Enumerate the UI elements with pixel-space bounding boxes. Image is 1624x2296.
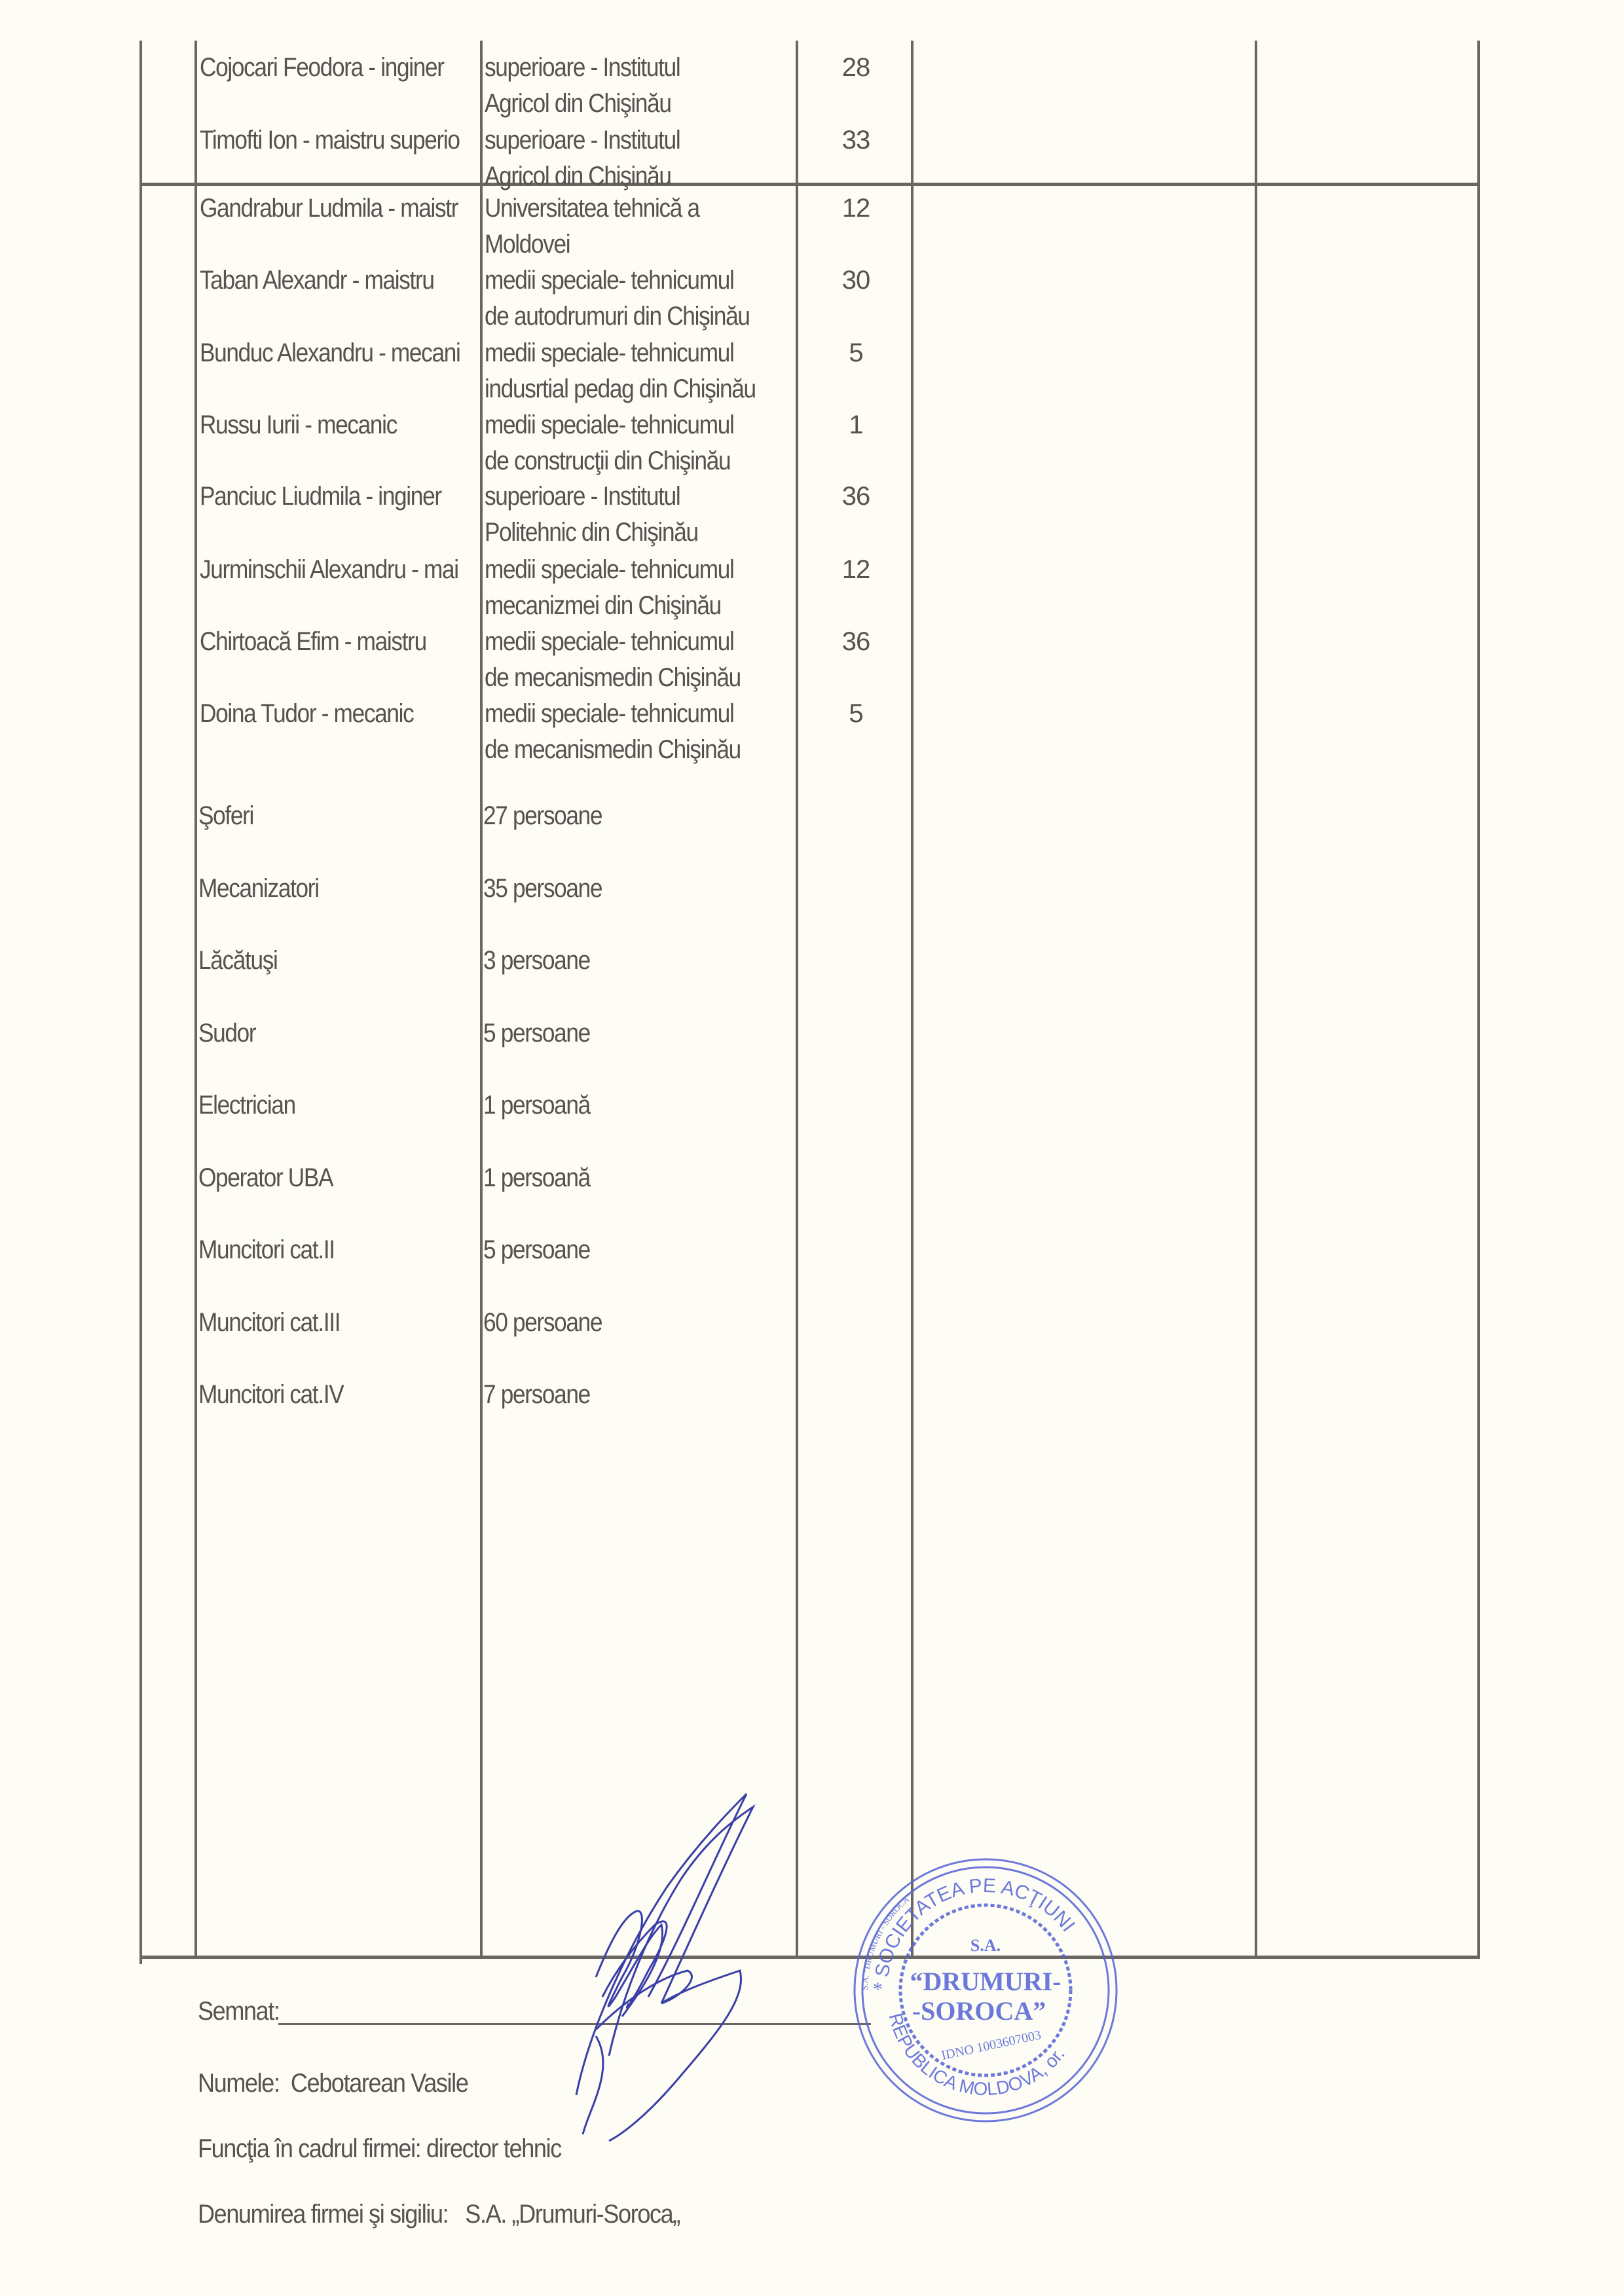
function-label: Funcţia în cadrul firmei: bbox=[198, 2134, 420, 2163]
worker-role: Şoferi bbox=[198, 797, 253, 834]
worker-role: Lăcătuşi bbox=[198, 942, 278, 979]
function-value: director tehnic bbox=[426, 2134, 561, 2163]
specialist-education: mecanizmei din Chişinău bbox=[485, 587, 721, 624]
specialist-experience: 30 bbox=[798, 262, 913, 299]
specialist-experience: 28 bbox=[798, 49, 913, 86]
column-divider-3 bbox=[796, 41, 798, 1958]
specialist-experience: 12 bbox=[798, 551, 913, 588]
function-row: Funcţia în cadrul firmei: director tehni… bbox=[198, 2134, 561, 2164]
column-divider-1 bbox=[194, 41, 197, 1958]
specialist-name: Timofti Ion - maistru superio bbox=[200, 122, 460, 158]
specialist-education: medii speciale- tehnicumul bbox=[485, 335, 733, 371]
stamp-center-line2: -SOROCA” bbox=[912, 1996, 1046, 2026]
handwritten-signature bbox=[550, 1781, 838, 2160]
signed-label: Semnat: bbox=[198, 1997, 280, 2026]
specialist-name: Gandrabur Ludmila - maistr bbox=[200, 190, 458, 227]
specialist-education: superioare - Institutul bbox=[485, 122, 680, 158]
worker-count: 5 persoane bbox=[483, 1015, 590, 1051]
specialist-education: de mecanismedin Chişinău bbox=[485, 659, 741, 696]
specialist-name: Bunduc Alexandru - mecani bbox=[200, 335, 460, 371]
stamp-center-line1: “DRUMURI- bbox=[910, 1967, 1061, 1996]
worker-role: Operator UBA bbox=[198, 1159, 333, 1196]
worker-count: 5 persoane bbox=[483, 1231, 590, 1268]
worker-role: Muncitori cat.II bbox=[198, 1231, 335, 1268]
specialist-education: Moldovei bbox=[485, 226, 570, 263]
specialist-experience: 5 bbox=[798, 335, 913, 371]
specialist-experience: 33 bbox=[798, 122, 913, 158]
worker-count: 27 persoane bbox=[483, 797, 602, 834]
specialist-education: superioare - Institutul bbox=[485, 49, 680, 86]
specialist-education: superioare - Institutul bbox=[485, 478, 680, 515]
name-row: Numele: Cebotarean Vasile bbox=[198, 2069, 468, 2098]
specialist-education: Politehnic din Chişinău bbox=[485, 514, 698, 551]
worker-count: 1 persoană bbox=[483, 1087, 590, 1123]
specialist-education: de construcţii din Chişinău bbox=[485, 443, 730, 479]
column-divider-2 bbox=[480, 41, 483, 1958]
stamp-star-icon: * bbox=[873, 1978, 883, 2000]
stamp-outer-text: SOCIETATEA PE ACŢIUNI bbox=[871, 1875, 1079, 1979]
name-label: Numele: bbox=[198, 2069, 280, 2098]
worker-count: 1 persoană bbox=[483, 1159, 590, 1196]
row-divider bbox=[139, 183, 1480, 186]
specialist-education: medii speciale- tehnicumul bbox=[485, 695, 733, 732]
specialist-name: Doina Tudor - mecanic bbox=[200, 695, 413, 732]
specialist-education: medii speciale- tehnicumul bbox=[485, 262, 733, 299]
specialist-education: Agricol din Chişinău bbox=[485, 85, 671, 122]
specialist-education: indusrtial pedag din Chişinău bbox=[485, 371, 756, 407]
stamp-center-top: S.A. bbox=[970, 1936, 1001, 1955]
specialist-name: Russu Iurii - mecanic bbox=[200, 407, 397, 443]
specialist-name: Cojocari Feodora - inginer bbox=[200, 49, 444, 86]
column-divider-5 bbox=[1255, 41, 1257, 1958]
name-value: Cebotarean Vasile bbox=[291, 2069, 468, 2098]
company-row: Denumirea firmei şi sigiliu: S.A. „Drumu… bbox=[198, 2200, 680, 2229]
svg-text:SOCIETATEA PE ACŢIUNI: SOCIETATEA PE ACŢIUNI bbox=[871, 1875, 1079, 1979]
specialist-education: medii speciale- tehnicumul bbox=[485, 551, 733, 588]
table-border-right bbox=[1477, 41, 1480, 1958]
specialist-education: Universitatea tehnică a bbox=[485, 190, 699, 227]
specialist-experience: 12 bbox=[798, 190, 913, 227]
column-divider-4 bbox=[911, 41, 913, 1958]
worker-role: Muncitori cat.IV bbox=[198, 1376, 343, 1413]
specialist-name: Jurminschii Alexandru - mai bbox=[200, 551, 458, 588]
specialist-education: medii speciale- tehnicumul bbox=[485, 623, 733, 660]
specialist-education: de autodrumuri din Chişinău bbox=[485, 298, 750, 335]
specialist-name: Chirtoacă Efim - maistru bbox=[200, 623, 426, 660]
specialist-education: medii speciale- tehnicumul bbox=[485, 407, 733, 443]
table-border-left bbox=[139, 41, 142, 1964]
specialist-experience: 36 bbox=[798, 478, 913, 515]
worker-role: Electrician bbox=[198, 1087, 295, 1123]
worker-role: Mecanizatori bbox=[198, 870, 319, 907]
worker-role: Sudor bbox=[198, 1015, 255, 1051]
worker-count: 35 persoane bbox=[483, 870, 602, 907]
specialist-name: Taban Alexandr - maistru bbox=[200, 262, 434, 299]
specialist-education: Agricol din Chişinău bbox=[485, 158, 671, 194]
specialist-education: de mecanismedin Chişinău bbox=[485, 731, 741, 768]
specialist-experience: 36 bbox=[798, 623, 913, 660]
stamp-idno: IDNO 1003607003 bbox=[940, 2028, 1043, 2063]
company-label: Denumirea firmei şi sigiliu: bbox=[198, 2200, 448, 2229]
company-value: S.A. „Drumuri-Soroca„ bbox=[465, 2200, 680, 2229]
worker-count: 3 persoane bbox=[483, 942, 590, 979]
worker-count: 60 persoane bbox=[483, 1304, 602, 1341]
specialist-name: Panciuc Liudmila - inginer bbox=[200, 478, 441, 515]
worker-count: 7 persoane bbox=[483, 1376, 590, 1413]
company-stamp: S.A. "DRUMURI - SOROCA" SOCIETATEA PE AC… bbox=[848, 1853, 1123, 2128]
worker-role: Muncitori cat.III bbox=[198, 1304, 340, 1341]
specialist-experience: 5 bbox=[798, 695, 913, 732]
specialist-experience: 1 bbox=[798, 407, 913, 443]
